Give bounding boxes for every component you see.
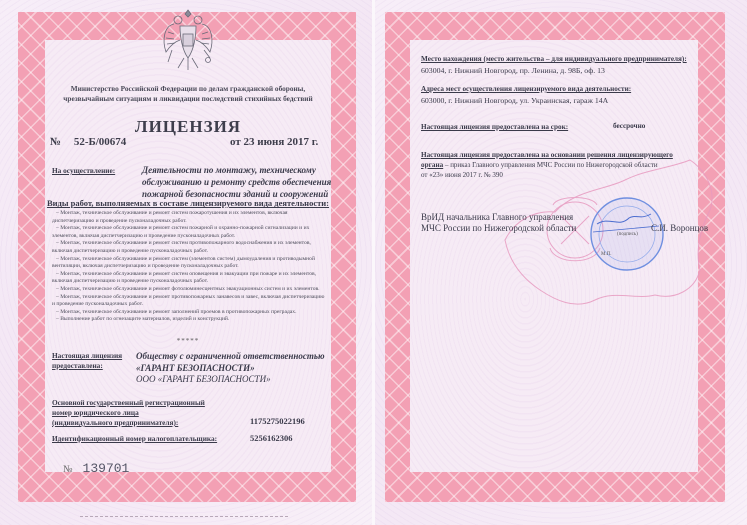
inn-value: 5256162306 (250, 433, 293, 443)
works-item: – Монтаж, техническое обслуживание и рем… (52, 271, 326, 286)
form-serial-number: № 139701 (63, 459, 129, 477)
ogrn-label-line: номер юридического лица (52, 408, 205, 418)
term-label: Настоящая лицензия предоставлена на срок… (421, 122, 568, 132)
location-label: Место нахождения (место жительства – для… (421, 54, 687, 64)
basis-label-organ: органа (421, 161, 443, 169)
ministry-line-1: Министерство Российской Федерации по дел… (40, 84, 336, 94)
license-date: от 23 июня 2017 г. (230, 136, 318, 148)
inn-label: Идентификационный номер налогоплательщик… (52, 434, 217, 444)
stamp-caption: М.П. (601, 252, 612, 257)
activity-line: Деятельности по монтажу, техническому (142, 164, 342, 176)
works-item: – Монтаж, техническое обслуживание и рем… (52, 210, 326, 225)
ministry-name: Министерство Российской Федерации по дел… (40, 84, 336, 104)
basis-label: Настоящая лицензия предоставлена на осно… (421, 150, 711, 160)
license-front-page: Министерство Российской Федерации по дел… (0, 0, 372, 525)
position-line: МЧС России по Нижегородской области (421, 223, 576, 234)
coat-of-arms-icon (160, 6, 216, 74)
works-item: – Выполнение работ по огнезащите материа… (52, 316, 326, 324)
ministry-line-2: чрезвычайным ситуациям и ликвидации посл… (40, 94, 336, 104)
activity-address-label: Адреса мест осуществления лицензируемого… (421, 84, 631, 94)
term-value: бессрочно (613, 122, 645, 130)
granted-label-line: предоставлена: (52, 361, 122, 371)
works-item: – Монтаж, техническое обслуживание и рем… (52, 225, 326, 240)
ogrn-label: Основной государственный регистрационный… (52, 398, 205, 428)
serial-sign: № (63, 464, 73, 475)
signature-caption: (подпись) (617, 232, 638, 237)
works-item: – Монтаж, техническое обслуживание и рем… (52, 240, 326, 255)
ogrn-label-line: (индивидуального предпринимателя): (52, 418, 205, 428)
license-title: ЛИЦЕНЗИЯ (40, 117, 336, 137)
activity-line: обслуживанию и ремонту средств обеспечен… (142, 176, 342, 188)
works-item: – Монтаж, техническое обслуживание и рем… (52, 294, 326, 309)
works-item: – Монтаж, техническое обслуживание и рем… (52, 286, 326, 294)
basis-order: – приказ Главного управления МЧС России … (443, 161, 657, 169)
location-value: 603004, г. Нижний Новгород, пр. Ленина, … (421, 66, 605, 76)
printer-imprint-line (80, 516, 290, 517)
serial-value: 139701 (83, 461, 130, 476)
licensee-name: Обществу с ограниченной ответственностью… (136, 350, 346, 384)
activity-address-value: 603000, г. Нижний Новгород, ул. Украинск… (421, 96, 608, 106)
license-back-page: Место нахождения (место жительства – для… (375, 0, 747, 525)
works-title: Виды работ, выполняемых в составе лиценз… (40, 198, 336, 208)
position-line: ВрИД начальника Главного управления (421, 212, 576, 223)
license-number: № 52-Б/00674 (50, 136, 126, 148)
signatory-name: С.И. Воронцов (651, 223, 708, 234)
licensee-full-name: Обществу с ограниченной ответственностью (136, 350, 346, 362)
number-value: 52-Б/00674 (74, 136, 127, 148)
works-item: – Монтаж, техническое обслуживание и рем… (52, 256, 326, 271)
activity-label: На осуществление: (52, 166, 115, 176)
number-sign: № (50, 136, 61, 148)
signatory-position: ВрИД начальника Главного управления МЧС … (421, 212, 576, 234)
granted-to-label: Настоящая лицензия предоставлена: (52, 351, 122, 371)
ogrn-label-line: Основной государственный регистрационный (52, 398, 205, 408)
licensee-short-name: ООО «ГАРАНТ БЕЗОПАСНОСТИ» (136, 374, 346, 384)
separator-stars: ***** (40, 337, 336, 345)
granted-label-line: Настоящая лицензия (52, 351, 122, 361)
basis-block: Настоящая лицензия предоставлена на осно… (421, 150, 711, 180)
licensee-full-name-quoted: «ГАРАНТ БЕЗОПАСНОСТИ» (136, 362, 346, 374)
activity-description: Деятельности по монтажу, техническому об… (142, 164, 342, 200)
ogrn-value: 1175275022196 (250, 416, 305, 426)
basis-order-date: от «23» июня 2017 г. № 390 (421, 170, 711, 180)
works-list: – Монтаж, техническое обслуживание и рем… (52, 210, 326, 324)
